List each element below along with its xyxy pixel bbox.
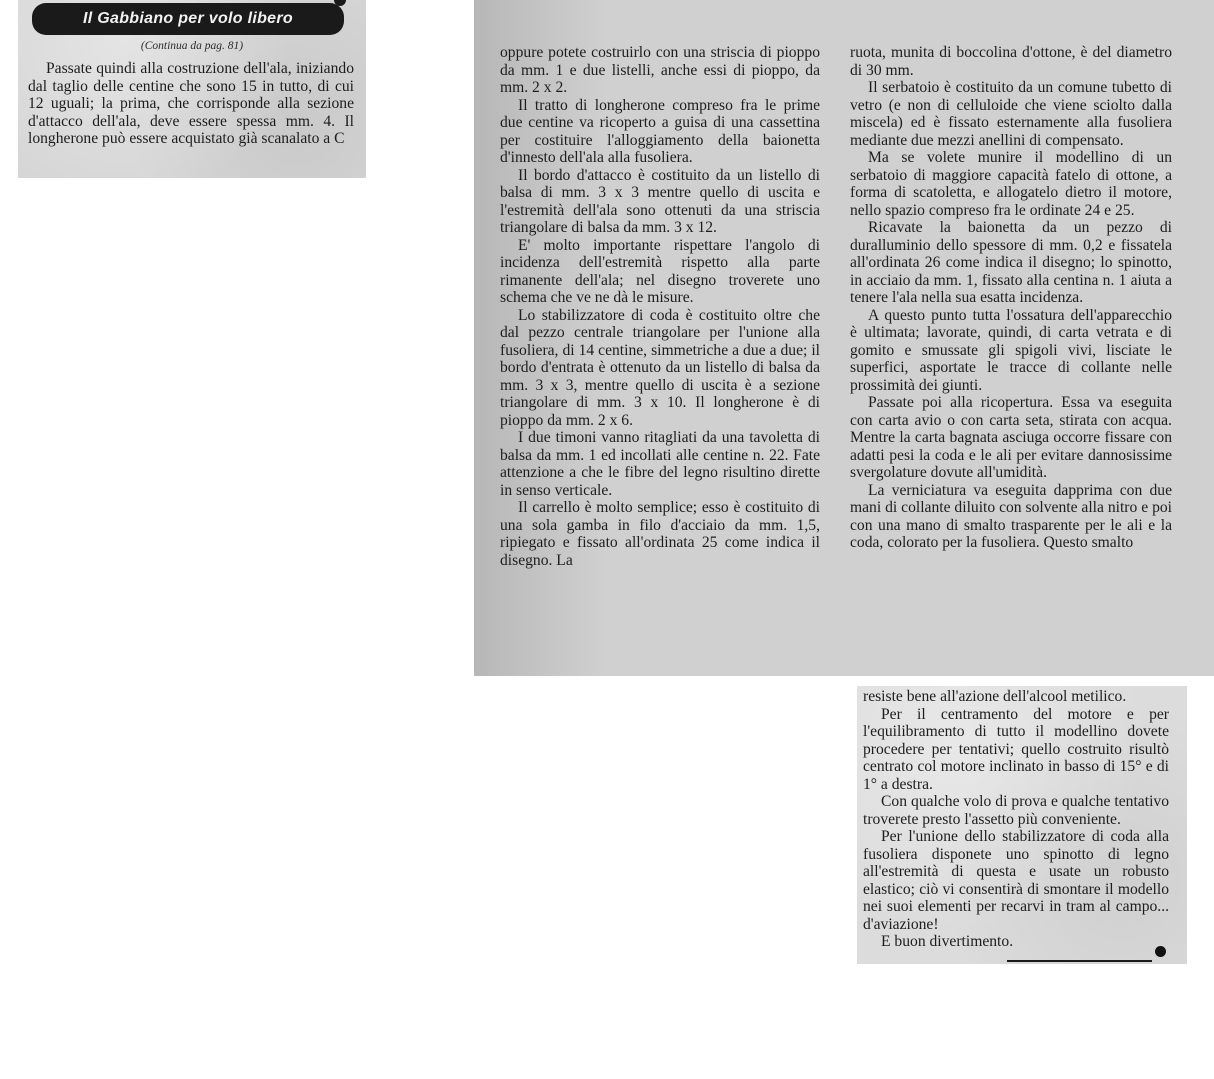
- paragraph: ruota, munita di boccolina d'ottone, è d…: [850, 44, 1172, 79]
- paragraph: E' molto importante rispettare l'angolo …: [500, 237, 820, 307]
- paragraph: Con qualche volo di prova e qualche tent…: [863, 793, 1169, 828]
- paragraph: Il bordo d'attacco è costituito da un li…: [500, 167, 820, 237]
- article-title: Il Gabbiano per volo libero: [32, 3, 344, 35]
- paragraph: Per l'unione dello stabilizzatore di cod…: [863, 828, 1169, 933]
- paragraph: A questo punto tutta l'ossatura dell'app…: [850, 307, 1172, 395]
- main-right-column: ruota, munita di boccolina d'ottone, è d…: [850, 44, 1172, 552]
- paragraph: resiste bene all'azione dell'alcool meti…: [863, 688, 1169, 706]
- paragraph: Ma se volete munire il modellino di un s…: [850, 149, 1172, 219]
- article-main-clipping: oppure potete costruirlo con una strisci…: [474, 0, 1214, 676]
- paragraph: Il serbatoio è costituito da un comune t…: [850, 79, 1172, 149]
- closing-line: E buon divertimento.: [863, 933, 1169, 951]
- ending-column: resiste bene all'azione dell'alcool meti…: [863, 688, 1169, 951]
- paragraph: Il carrello è molto semplice; esso è cos…: [500, 499, 820, 569]
- paragraph: Ricavate la baionetta da un pezzo di dur…: [850, 219, 1172, 307]
- article-intro-clipping: Il Gabbiano per volo libero (Continua da…: [18, 0, 366, 178]
- paragraph: Passate poi alla ricopertura. Essa va es…: [850, 394, 1172, 482]
- paragraph: Il tratto di longherone compreso fra le …: [500, 97, 820, 167]
- paragraph: Lo stabilizzatore di coda è costituito o…: [500, 307, 820, 430]
- end-rule-divider: [1007, 960, 1152, 962]
- end-of-article-bullet-icon: [1155, 946, 1166, 957]
- paragraph: I due timoni vanno ritagliati da una tav…: [500, 429, 820, 499]
- article-ending-clipping: resiste bene all'azione dell'alcool meti…: [857, 686, 1187, 964]
- intro-paragraph: Passate quindi alla costruzione dell'ala…: [28, 60, 354, 148]
- continuation-note: (Continua da pag. 81): [18, 40, 366, 52]
- paragraph: oppure potete costruirlo con una strisci…: [500, 44, 820, 97]
- paragraph: Per il centramento del motore e per l'eq…: [863, 706, 1169, 794]
- paragraph: La verniciatura va eseguita dapprima con…: [850, 482, 1172, 552]
- intro-column: Passate quindi alla costruzione dell'ala…: [28, 60, 354, 148]
- main-left-column: oppure potete costruirlo con una strisci…: [500, 44, 820, 569]
